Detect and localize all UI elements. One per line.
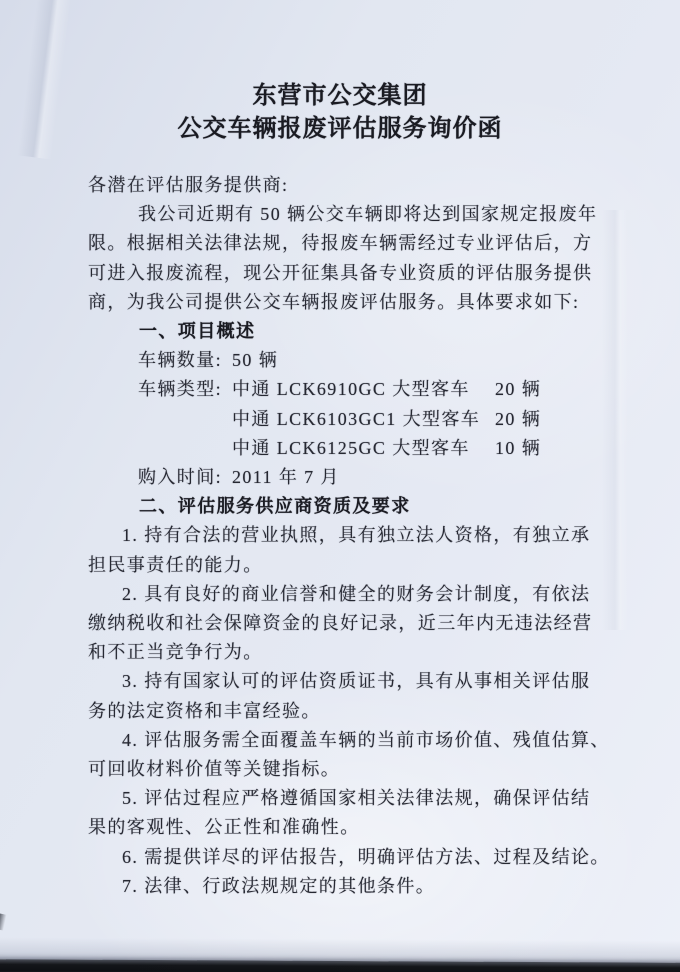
requirement-line-4-cont: 可回收材料价值等关键指标。 xyxy=(88,755,596,784)
requirement-line-2: 2. 具有良好的商业信誉和健全的财务会计制度，有依法 xyxy=(88,580,596,609)
vehicle-quantity-line: 车辆数量:50 辆 xyxy=(88,346,596,375)
vehicle-type-line-1: 车辆类型:中通 LCK6910GC 大型客车20 辆 xyxy=(88,375,596,404)
requirement-line-7: 7. 法律、行政法规规定的其他条件。 xyxy=(88,872,596,901)
field-label-type: 车辆类型: xyxy=(138,375,232,404)
field-value-purchase: 2011 年 7 月 xyxy=(232,467,340,487)
requirement-line-3: 3. 持有国家认可的评估资质证书，具有从事相关评估服 xyxy=(88,667,596,696)
requirement-line-5: 5. 评估过程应严格遵循国家相关法律法规，确保评估结 xyxy=(88,784,596,813)
requirement-line-5-cont: 果的客观性、公正性和准确性。 xyxy=(88,813,596,842)
vehicle-type-line-3: 中通 LCK6125GC 大型客车10 辆 xyxy=(88,434,596,463)
vehicle-count: 20 辆 xyxy=(495,379,541,399)
intro-line: 我公司近期有 50 辆公交车辆即将达到国家规定报废年 xyxy=(88,200,596,229)
field-value-quantity: 50 辆 xyxy=(232,350,278,370)
requirement-line-2-cont: 缴纳税收和社会保障资金的良好记录，近三年内无违法经营 xyxy=(88,609,596,638)
vehicle-type-line-2: 中通 LCK6103GC1 大型客车20 辆 xyxy=(88,405,596,434)
intro-line: 可进入报废流程，现公开征集具备专业资质的评估服务提供 xyxy=(88,259,596,288)
vehicle-model: 中通 LCK6125GC 大型客车 xyxy=(232,434,495,463)
purchase-time-line: 购入时间:2011 年 7 月 xyxy=(88,463,596,492)
requirement-line-1: 1. 持有合法的营业执照，具有独立法人资格，有独立承 xyxy=(88,521,596,550)
intro-line: 商，为我公司提供公交车辆报废评估服务。具体要求如下: xyxy=(88,288,596,317)
vehicle-model: 中通 LCK6910GC 大型客车 xyxy=(232,375,495,404)
document-title: 东营市公交集团 公交车辆报废评估服务询价函 xyxy=(0,79,680,145)
section2-heading: 二、评估服务供应商资质及要求 xyxy=(88,492,596,521)
requirement-line-4: 4. 评估服务需全面覆盖车辆的当前市场价值、残值估算、 xyxy=(88,726,596,755)
section1-heading: 一、项目概述 xyxy=(88,317,596,346)
vehicle-model: 中通 LCK6103GC1 大型客车 xyxy=(232,405,495,434)
vehicle-count: 10 辆 xyxy=(495,438,541,458)
field-label-quantity: 车辆数量: xyxy=(138,346,232,375)
field-label-purchase: 购入时间: xyxy=(138,463,232,492)
scanned-document-page: 东营市公交集团 公交车辆报废评估服务询价函 各潜在评估服务提供商: 我公司近期有… xyxy=(0,0,680,972)
intro-line: 限。根据相关法律法规，待报废车辆需经过专业评估后，方 xyxy=(88,229,596,258)
requirement-line-1-cont: 担民事责任的能力。 xyxy=(88,551,596,580)
requirement-line-6: 6. 需提供详尽的评估报告，明确评估方法、过程及结论。 xyxy=(88,843,596,872)
document-body: 各潜在评估服务提供商: 我公司近期有 50 辆公交车辆即将达到国家规定报废年 限… xyxy=(88,171,596,901)
paper-edge-nick xyxy=(0,913,7,930)
requirement-line-2-cont: 和不正当竞争行为。 xyxy=(88,638,596,667)
requirement-line-3-cont: 务的法定资格和丰富经验。 xyxy=(88,697,596,726)
title-line-2: 公交车辆报废评估服务询价函 xyxy=(0,112,680,145)
title-line-1: 东营市公交集团 xyxy=(0,79,680,112)
vehicle-count: 20 辆 xyxy=(495,409,541,429)
salutation: 各潜在评估服务提供商: xyxy=(88,171,596,200)
paper-crease xyxy=(602,210,628,630)
